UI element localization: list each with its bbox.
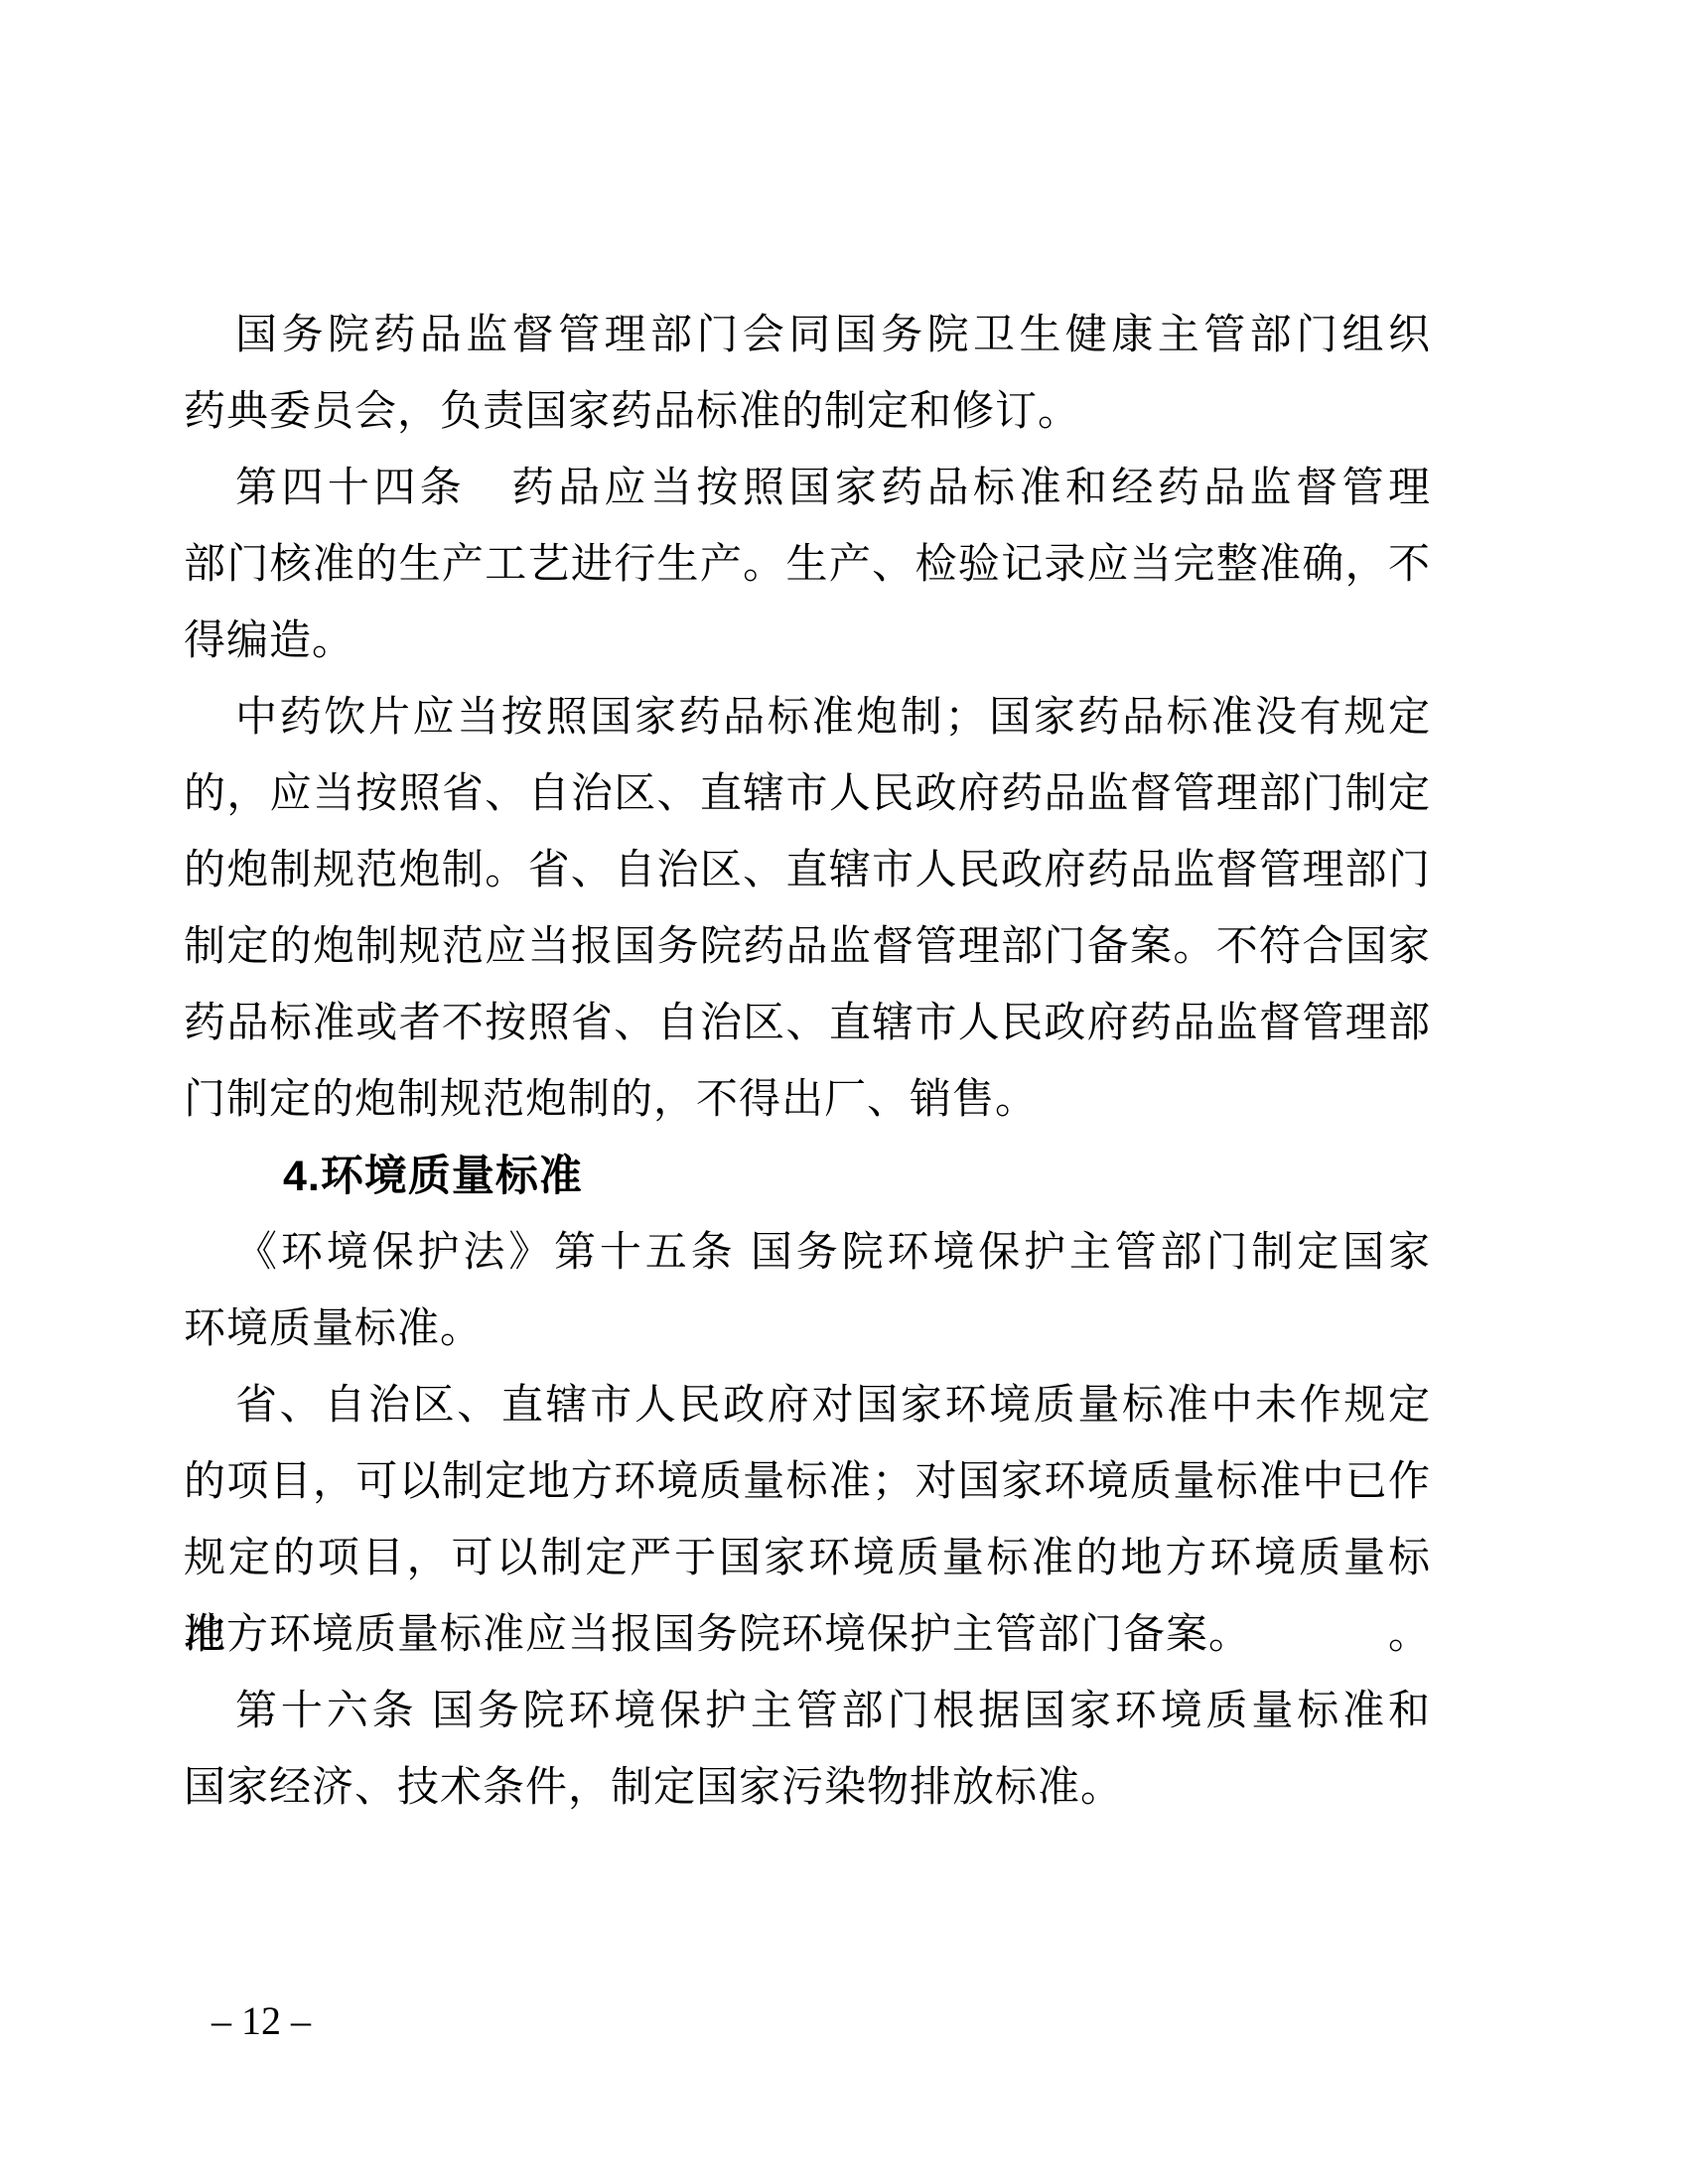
text-line: 的项目，可以制定地方环境质量标准；对国家环境质量标准中已作 [184, 1444, 1431, 1521]
text-line: 药品标准或者不按照省、自治区、直辖市人民政府药品监督管理部 [184, 986, 1431, 1062]
text-line: 部门核准的生产工艺进行生产。生产、检验记录应当完整准确，不 [184, 527, 1431, 604]
page-number: – 12 – [211, 1997, 311, 2045]
text-line: 第十六条 国务院环境保护主管部门根据国家环境质量标准和 [184, 1674, 1431, 1750]
text-line: 国务院药品监督管理部门会同国务院卫生健康主管部门组织 [184, 298, 1431, 374]
text-line: 中药饮片应当按照国家药品标准炮制；国家药品标准没有规定 [184, 680, 1431, 756]
text-line: 的，应当按照省、自治区、直辖市人民政府药品监督管理部门制定 [184, 756, 1431, 833]
text-line: 规定的项目，可以制定严于国家环境质量标准的地方环境质量标准。 [184, 1521, 1431, 1597]
document-page: 国务院药品监督管理部门会同国务院卫生健康主管部门组织药典委员会，负责国家药品标准… [0, 0, 1688, 2184]
text-line: 第四十四条 药品应当按照国家药品标准和经药品监督管理 [184, 451, 1431, 527]
text-line: 制定的炮制规范应当报国务院药品监督管理部门备案。不符合国家 [184, 909, 1431, 986]
document-body: 国务院药品监督管理部门会同国务院卫生健康主管部门组织药典委员会，负责国家药品标准… [184, 298, 1431, 1827]
text-line: 得编造。 [184, 604, 1431, 680]
text-line: 国家经济、技术条件，制定国家污染物排放标准。 [184, 1750, 1431, 1827]
section-heading: 4.环境质量标准 [184, 1139, 1431, 1215]
text-line: 地方环境质量标准应当报国务院环境保护主管部门备案。 [184, 1597, 1431, 1674]
text-line: 的炮制规范炮制。省、自治区、直辖市人民政府药品监督管理部门 [184, 833, 1431, 909]
text-line: 《环境保护法》第十五条 国务院环境保护主管部门制定国家 [184, 1215, 1431, 1292]
text-line: 环境质量标准。 [184, 1292, 1431, 1368]
text-line: 省、自治区、直辖市人民政府对国家环境质量标准中未作规定 [184, 1368, 1431, 1444]
text-line: 门制定的炮制规范炮制的，不得出厂、销售。 [184, 1062, 1431, 1139]
text-line: 药典委员会，负责国家药品标准的制定和修订。 [184, 374, 1431, 451]
